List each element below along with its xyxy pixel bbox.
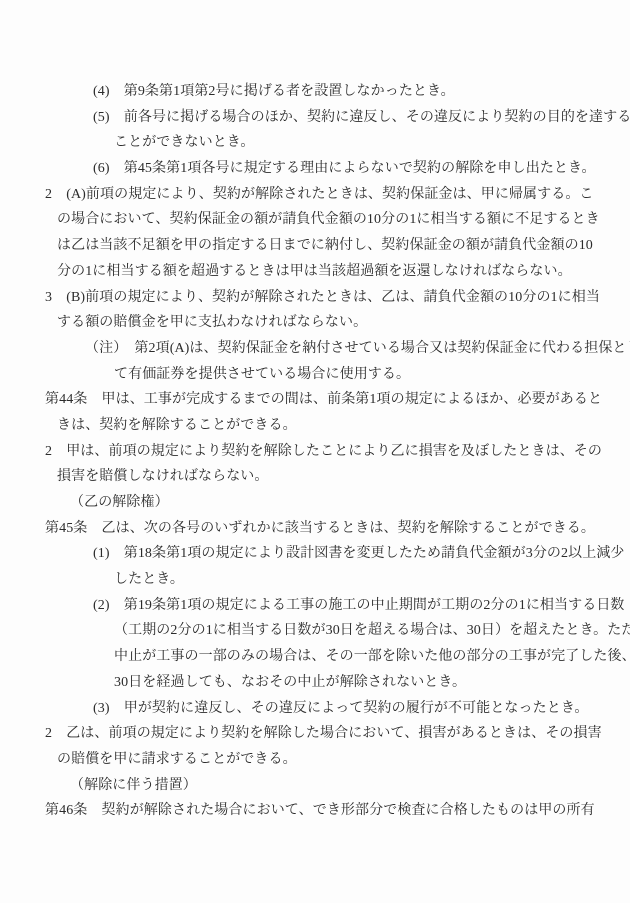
document-line: 第44条 甲は、工事が完成するまでの間は、前条第1項の規定によるほか、必要がある… xyxy=(0,387,630,413)
document-line: (5) 前各号に掲げる場合のほか、契約に違反し、その違反により契約の目的を達する xyxy=(0,105,630,131)
document-line: (6) 第45条第1項各号に規定する理由によらないで契約の解除を申し出たとき。 xyxy=(0,156,630,182)
document-line: 2 甲は、前項の規定により契約を解除したことにより乙に損害を及ぼしたときは、その xyxy=(0,439,630,465)
document-line: て有価証券を提供させている場合に使用する。 xyxy=(0,362,630,388)
document-line: 3 (B)前項の規定により、契約が解除されたときは、乙は、請負代金額の10分の1… xyxy=(0,285,630,311)
document-line: 損害を賠償しなければならない。 xyxy=(0,464,630,490)
document-line: （注） 第2項(A)は、契約保証金を納付させている場合又は契約保証金に代わる担保… xyxy=(0,336,630,362)
document-line: ことができないとき。 xyxy=(0,130,630,156)
document-line: 中止が工事の一部のみの場合は、その一部を除いた他の部分の工事が完了した後、 xyxy=(0,644,630,670)
document-line: する額の賠償金を甲に支払わなければならない。 xyxy=(0,310,630,336)
document-line: 2 (A)前項の規定により、契約が解除されたときは、契約保証金は、甲に帰属する。… xyxy=(0,182,630,208)
document-lines: (4) 第9条第1項第2号に掲げる者を設置しなかったとき。(5) 前各号に掲げる… xyxy=(0,79,630,824)
document-line: 分の1に相当する額を超過するときは甲は当該超過額を返還しなければならない。 xyxy=(0,259,630,285)
document-line: (4) 第9条第1項第2号に掲げる者を設置しなかったとき。 xyxy=(0,79,630,105)
document-line: の場合において、契約保証金の額が請負代金額の10分の1に相当する額に不足するとき xyxy=(0,207,630,233)
document-line: したとき。 xyxy=(0,567,630,593)
document-line: 2 乙は、前項の規定により契約を解除した場合において、損害があるときは、その損害 xyxy=(0,721,630,747)
document-line: （乙の解除権） xyxy=(0,490,630,516)
document-line: 第45条 乙は、次の各号のいずれかに該当するときは、契約を解除することができる。 xyxy=(0,516,630,542)
document-line: (1) 第18条第1項の規定により設計図書を変更したため請負代金額が3分の2以上… xyxy=(0,541,630,567)
document-line: の賠償を甲に請求することができる。 xyxy=(0,747,630,773)
document-page: (4) 第9条第1項第2号に掲げる者を設置しなかったとき。(5) 前各号に掲げる… xyxy=(0,0,630,903)
document-line: 第46条 契約が解除された場合において、でき形部分で検査に合格したものは甲の所有 xyxy=(0,798,630,824)
document-line: （工期の2分の1に相当する日数が30日を超える場合は、30日）を超えたとき。ただ… xyxy=(0,618,630,644)
document-line: （解除に伴う措置） xyxy=(0,773,630,799)
document-line: (3) 甲が契約に違反し、その違反によって契約の履行が不可能となったとき。 xyxy=(0,696,630,722)
document-line: は乙は当該不足額を甲の指定する日までに納付し、契約保証金の額が請負代金額の10 xyxy=(0,233,630,259)
document-line: きは、契約を解除することができる。 xyxy=(0,413,630,439)
document-line: 30日を経過しても、なおその中止が解除されないとき。 xyxy=(0,670,630,696)
document-line: (2) 第19条第1項の規定による工事の施工の中止期間が工期の2分の1に相当する… xyxy=(0,593,630,619)
